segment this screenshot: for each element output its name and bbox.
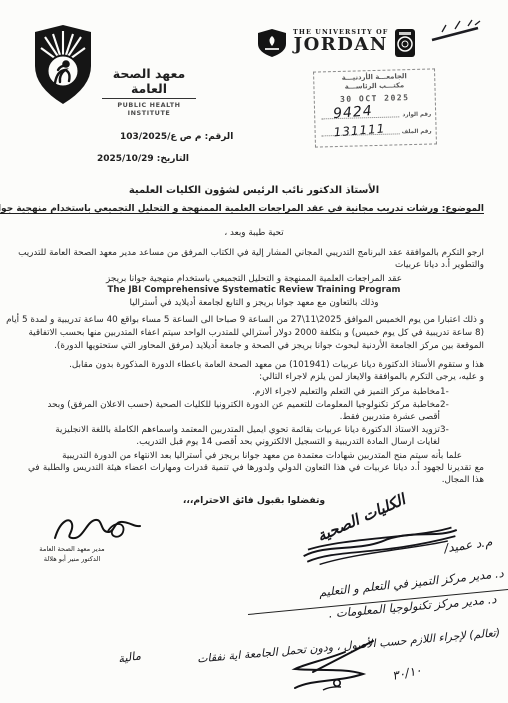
- uoj-shield-icon: [256, 28, 288, 58]
- paragraph3-line2: و عليه، يرجى التكرم بالموافقة والايعاز ل…: [259, 371, 484, 383]
- action-list: 1- مخاطبة مركز التميز في التعلم والتعليم…: [30, 386, 456, 449]
- stamp-incoming-label: رقم الوارد: [402, 112, 431, 119]
- certificates-note: علما بأنه سيتم منح المتدربين شهادات معتم…: [62, 450, 462, 462]
- list-item: 2- مخاطبة مركز تكنولوجيا المعلومات للتعم…: [30, 399, 456, 423]
- paragraph2-line1: و ذلك اعتبارا من يوم الخميس الموافق 2025…: [6, 314, 484, 326]
- uoj-crest-icon: [393, 28, 417, 58]
- phi-divider: [102, 98, 196, 99]
- signature-block: مدير معهد الصحة العامة الدكتور منير أبو …: [26, 544, 118, 564]
- paragraph1-line2: والتطوير أ.د ديانا عربيات: [395, 259, 484, 271]
- paragraph1-line1: ارجو التكرم بالموافقة عقد البرنامج التدر…: [18, 247, 484, 259]
- list-item-text: مخاطبة مركز التميز في التعلم والتعليم لا…: [252, 386, 440, 398]
- uoj-name-text: JORDAN: [293, 36, 388, 54]
- paragraph3-line1: هذا و ستقوم الأستاذ الدكتورة ديانا عربيا…: [69, 359, 484, 371]
- stamp-file-label: رقم الملف: [402, 129, 432, 136]
- greeting-line: تحية طيبة وبعد ،: [0, 228, 508, 238]
- phi-name-arabic: معهد الصحة العامة: [102, 66, 196, 96]
- stamp-file-number: 131111: [333, 121, 386, 139]
- uoj-logo-text: THE UNIVERSITY OF JORDAN: [293, 28, 388, 54]
- addressee-line: الأستاذ الدكتور نائب الرئيس لشؤون الكليا…: [0, 185, 508, 196]
- list-item-number: 1-: [440, 386, 456, 398]
- list-item-text: تزويد الاستاذ الدكتورة ديانا عربيات بقائ…: [30, 424, 440, 448]
- handwritten-route-3: د. مدير مركز تكنولوجيا المعلومات .: [328, 592, 497, 621]
- list-item-text: مخاطبة مركز تكنولوجيا المعلومات للتعميم …: [30, 399, 440, 423]
- signer-name: الدكتور منير أبو هلالة: [26, 554, 118, 564]
- program-title-ar: عقد المراجعات العلمية الممنهجة و التحليل…: [0, 273, 508, 285]
- stamp-office-line: مكتـــب الرئاســـة: [318, 81, 430, 93]
- closing-line: وتفضلوا بقبول فائق الاحترام،،،: [0, 495, 508, 506]
- signer-title: مدير معهد الصحة العامة: [26, 544, 118, 554]
- program-title-en: The JBI Comprehensive Systematic Review …: [0, 285, 508, 295]
- stamp-file-row: رقم الملف 131111: [319, 119, 431, 139]
- ref-number-line: الرقم: م ص ع/103/2025: [120, 132, 233, 142]
- phi-shield-icon: [32, 24, 94, 106]
- phi-logo: [32, 24, 94, 106]
- paragraph2-line2: (8 ساعة تدريبية في كل يوم خميس) و بتكلفة…: [28, 327, 484, 339]
- list-item-number: 2-: [440, 399, 456, 423]
- uoj-logo: THE UNIVERSITY OF JORDAN: [256, 28, 417, 58]
- paragraph2-line3: الموقعة بين مركز الجامعة الأردنية لبحوث …: [54, 340, 484, 352]
- appreciation-note: مع تقديرنا لجهود أ.د ديانا عربيات في هذا…: [28, 462, 484, 486]
- list-item: 3- تزويد الاستاذ الدكتورة ديانا عربيات ب…: [30, 424, 456, 448]
- registry-stamp: الجامعـــة الأردنيـــة مكتـــب الرئاســـ…: [313, 68, 437, 147]
- phi-logo-text: معهد الصحة العامة PUBLIC HEALTH INSTITUT…: [102, 66, 196, 117]
- subject-line: الموضوع: ورشات تدريب مجانية في عقد المرا…: [0, 204, 484, 214]
- cooperation-line: وذلك بالتعاون مع معهد جوانا بريجز و التا…: [0, 297, 508, 309]
- handwritten-instruction-cont: مالية: [117, 648, 142, 665]
- corner-scribble-mark: [428, 16, 486, 46]
- handwritten-date: ٣٠/١٠: [391, 663, 423, 683]
- phi-name-english: PUBLIC HEALTH INSTITUTE: [102, 101, 196, 117]
- scanned-letter-page: معهد الصحة العامة PUBLIC HEALTH INSTITUT…: [0, 0, 508, 703]
- list-item-number: 3-: [440, 424, 456, 448]
- approver-signature-scribble: [283, 636, 379, 694]
- letter-date-line: التاريخ: 2025/10/29: [97, 154, 189, 164]
- director-signature-scribble: [52, 511, 142, 545]
- list-item: 1- مخاطبة مركز التميز في التعلم والتعليم…: [30, 386, 456, 398]
